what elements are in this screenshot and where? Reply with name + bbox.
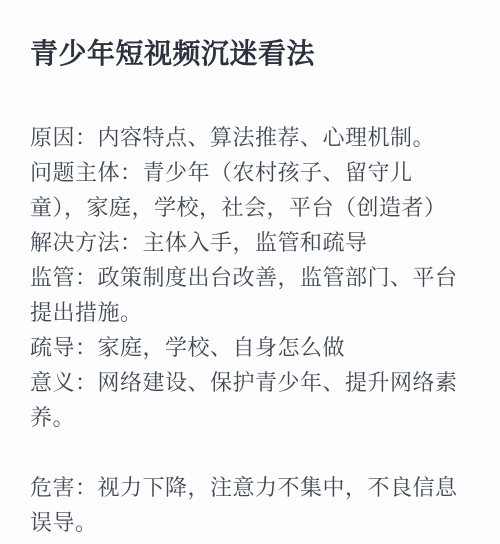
note-line: 解决方法：主体入手，监管和疏导 [30,225,476,260]
page-title: 青少年短视频沉迷看法 [30,34,476,74]
paragraph-harms: 危害：视力下降，注意力不集中，不良信息 误导。 [30,470,476,540]
note-line: 监管：政策制度出台改善，监管部门、平台 [30,260,476,295]
note-body: 原因：内容特点、算法推荐、心理机制。 问题主体：青少年（农村孩子、留守儿 童），… [30,120,476,540]
note-line: 童），家庭，学校，社会，平台（创造者） [30,190,476,225]
note-line: 原因：内容特点、算法推荐、心理机制。 [30,120,476,155]
note-line: 问题主体：青少年（农村孩子、留守儿 [30,155,476,190]
note-line: 误导。 [30,505,476,540]
paragraph-overview: 原因：内容特点、算法推荐、心理机制。 问题主体：青少年（农村孩子、留守儿 童），… [30,120,476,435]
note-page: 青少年短视频沉迷看法 原因：内容特点、算法推荐、心理机制。 问题主体：青少年（农… [0,0,500,544]
note-line: 疏导：家庭，学校、自身怎么做 [30,330,476,365]
note-line: 养。 [30,400,476,435]
note-line: 危害：视力下降，注意力不集中，不良信息 [30,470,476,505]
note-line: 意义：网络建设、保护青少年、提升网络素 [30,365,476,400]
note-line: 提出措施。 [30,295,476,330]
